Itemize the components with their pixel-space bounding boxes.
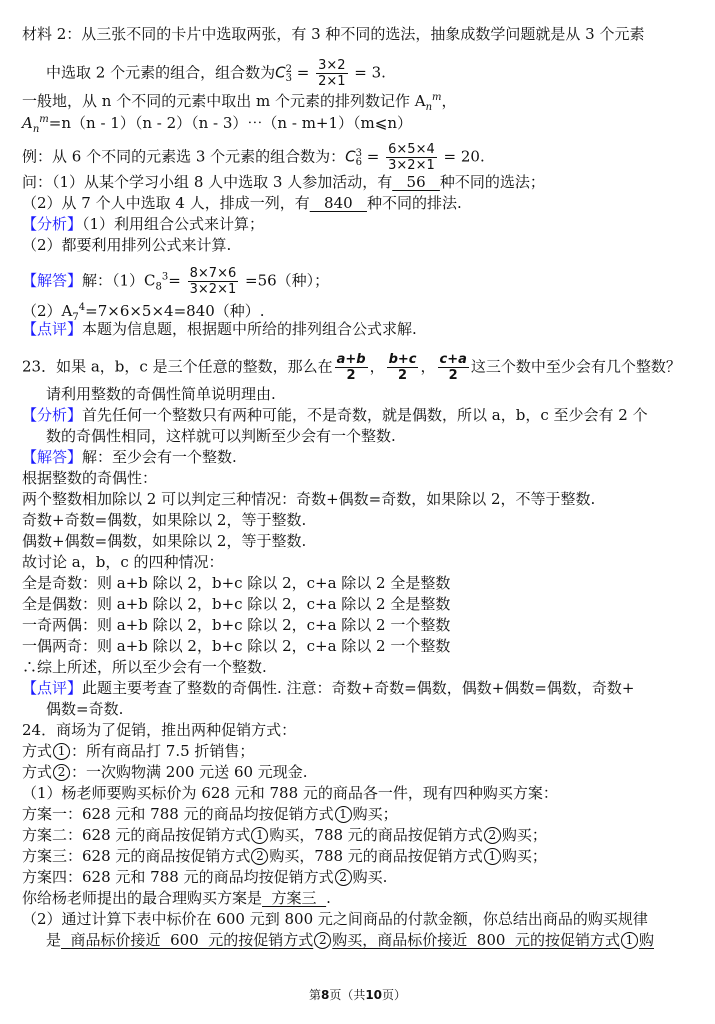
circled-number: 1 [484, 848, 501, 865]
q24-part2-line2: 是 商品标价接近 600 元的按促销方式2购买，商品标价接近 800 元的按促销… [46, 930, 654, 950]
q23-solution-line: 偶数+偶数=偶数，如果除以 2，等于整数. [22, 531, 306, 551]
material2-line1: 材料 2：从三张不同的卡片中选取两张，有 3 种不同的选法，抽象成数学问题就是从… [22, 24, 644, 44]
q23-solution-line: ∴综上所述，所以至少会有一个整数. [22, 657, 267, 677]
circled-number: 1 [53, 743, 70, 760]
text: = 3. [350, 64, 386, 82]
circled-number: 1 [251, 827, 268, 844]
q23-line2: 请利用整数的奇偶性简单说明理由. [46, 384, 276, 404]
answer-blank: 方案三 [262, 889, 326, 907]
example-line: 例：从 6 个不同的元素选 3 个元素的组合数为：C36 = 6×5×43×2×… [22, 142, 485, 173]
circled-number: 2 [484, 827, 501, 844]
analysis-tag: 【分析】 [22, 215, 82, 233]
q24-plan-3: 方案三：628 元的商品按促销方式2购买，788 元的商品按促销方式1购买； [22, 846, 547, 866]
q23-solution-line: 全是偶数：则 a+b 除以 2，b+c 除以 2，c+a 除以 2 全是整数 [22, 594, 450, 614]
q23-solution-line: 两个整数相加除以 2 可以判定三种情况：奇数+偶数=奇数，如果除以 2，不等于整… [22, 489, 595, 509]
q23-solution-line: 一偶两奇：则 a+b 除以 2，b+c 除以 2，c+a 除以 2 一个整数 [22, 636, 450, 656]
q23-analysis-line2: 数的奇偶性相同，这样就可以判断至少会有一个整数. [46, 426, 396, 446]
q22-analysis-line2: （2）都要利用排列公式来计算. [22, 235, 231, 255]
q22-analysis: 【分析】（1）利用组合公式来计算； [22, 214, 264, 234]
circled-number: 2 [251, 848, 268, 865]
fraction: 3×22×1 [316, 58, 347, 89]
comment-tag: 【点评】 [22, 679, 82, 697]
q24-answer: 你给杨老师提出的最合理购买方案是 方案三 . [22, 888, 331, 908]
fraction: 8×7×63×2×1 [188, 266, 239, 297]
q23-comment-line2: 偶数=奇数. [46, 699, 123, 719]
equals: = [292, 64, 314, 82]
q24-plan-2: 方案二：628 元的商品按促销方式1购买，788 元的商品按促销方式2购买； [22, 825, 547, 845]
q23-solution-line: 故讨论 a，b，c 的四种情况： [22, 552, 223, 572]
q24-method1: 方式1：所有商品打 7.5 折销售； [22, 741, 254, 761]
q23-solution-line: 根据整数的奇偶性： [22, 468, 157, 488]
solution-tag: 【解答】 [22, 272, 82, 290]
circled-number: 2 [314, 932, 331, 949]
q23-solution-line: 全是奇数：则 a+b 除以 2，b+c 除以 2，c+a 除以 2 全是整数 [22, 573, 450, 593]
fraction-c-plus-a: c+a2 [438, 352, 469, 383]
fraction: 6×5×43×2×1 [386, 142, 437, 173]
question-1: 问：（1）从某个学习小组 8 人中选取 3 人参加活动，有 56 种不同的选法； [22, 172, 545, 192]
general-line2: Anm=n（n - 1）（n - 2）（n - 3）⋯（n - m+1）（m⩽n… [22, 110, 412, 140]
q22-solution: 【解答】解：（1）C83= 8×7×63×2×1 =56（种）； [22, 266, 329, 298]
q23-question: 23．如果 a，b，c 是三个任意的整数，那么在a+b2，b+c2，c+a2这三… [22, 352, 681, 383]
q23-solution: 【解答】解：至少会有一个整数. [22, 447, 237, 467]
question-2: （2）从 7 个人中选取 4 人，排成一列，有 840 种不同的排法. [22, 193, 462, 213]
q23-solution-line: 奇数+奇数=偶数，如果除以 2，等于整数. [22, 510, 306, 530]
fraction-a-plus-b: a+b2 [335, 352, 368, 383]
q22-comment: 【点评】本题为信息题，根据题中所给的排列组合公式求解. [22, 319, 417, 339]
combination-symbol: C [275, 64, 285, 82]
circled-number: 1 [335, 806, 352, 823]
q24-part1: （1）杨老师要购买标价为 628 元和 788 元的商品各一件，现有四种购买方案… [22, 783, 558, 803]
q23-solution-line: 一奇两偶：则 a+b 除以 2，b+c 除以 2，c+a 除以 2 一个整数 [22, 615, 450, 635]
q24-plan-4: 方案四：628 元和 788 元的商品均按促销方式2购买. [22, 867, 387, 887]
q24-method2: 方式2：一次购物满 200 元送 60 元现金. [22, 762, 308, 782]
circled-number: 2 [335, 869, 352, 886]
q24-plan-1: 方案一：628 元和 788 元的商品均按促销方式1购买； [22, 804, 398, 824]
analysis-tag: 【分析】 [22, 406, 82, 424]
q23-comment: 【点评】此题主要考查了整数的奇偶性. 注意：奇数+奇数=偶数，偶数+偶数=偶数，… [22, 678, 634, 698]
circled-number: 2 [53, 764, 70, 781]
fraction-b-plus-c: b+c2 [387, 352, 419, 383]
answer-blank-2: 840 [310, 194, 367, 212]
q24-part2: （2）通过计算下表中标价在 600 元到 800 元之间商品的付款金额，你总结出… [22, 909, 648, 929]
answer-blank: 商品标价接近 600 元的按促销方式2购买，商品标价接近 800 元的按促销方式… [61, 931, 654, 949]
comment-tag: 【点评】 [22, 320, 82, 338]
answer-blank-1: 56 [392, 173, 440, 191]
page-footer: 第8页（共10页） [0, 986, 715, 1003]
solution-tag: 【解答】 [22, 448, 82, 466]
text: 中选取 2 个元素的组合，组合数为 [46, 64, 275, 82]
q23-analysis: 【分析】首先任何一个整数只有两种可能，不是奇数，就是偶数，所以 a，b，c 至少… [22, 405, 648, 425]
circled-number: 1 [621, 932, 638, 949]
q24-title: 24．商场为了促销，推出两种促销方式： [22, 720, 296, 740]
material2-line2: 中选取 2 个元素的组合，组合数为C23 = 3×22×1 = 3. [46, 58, 386, 89]
